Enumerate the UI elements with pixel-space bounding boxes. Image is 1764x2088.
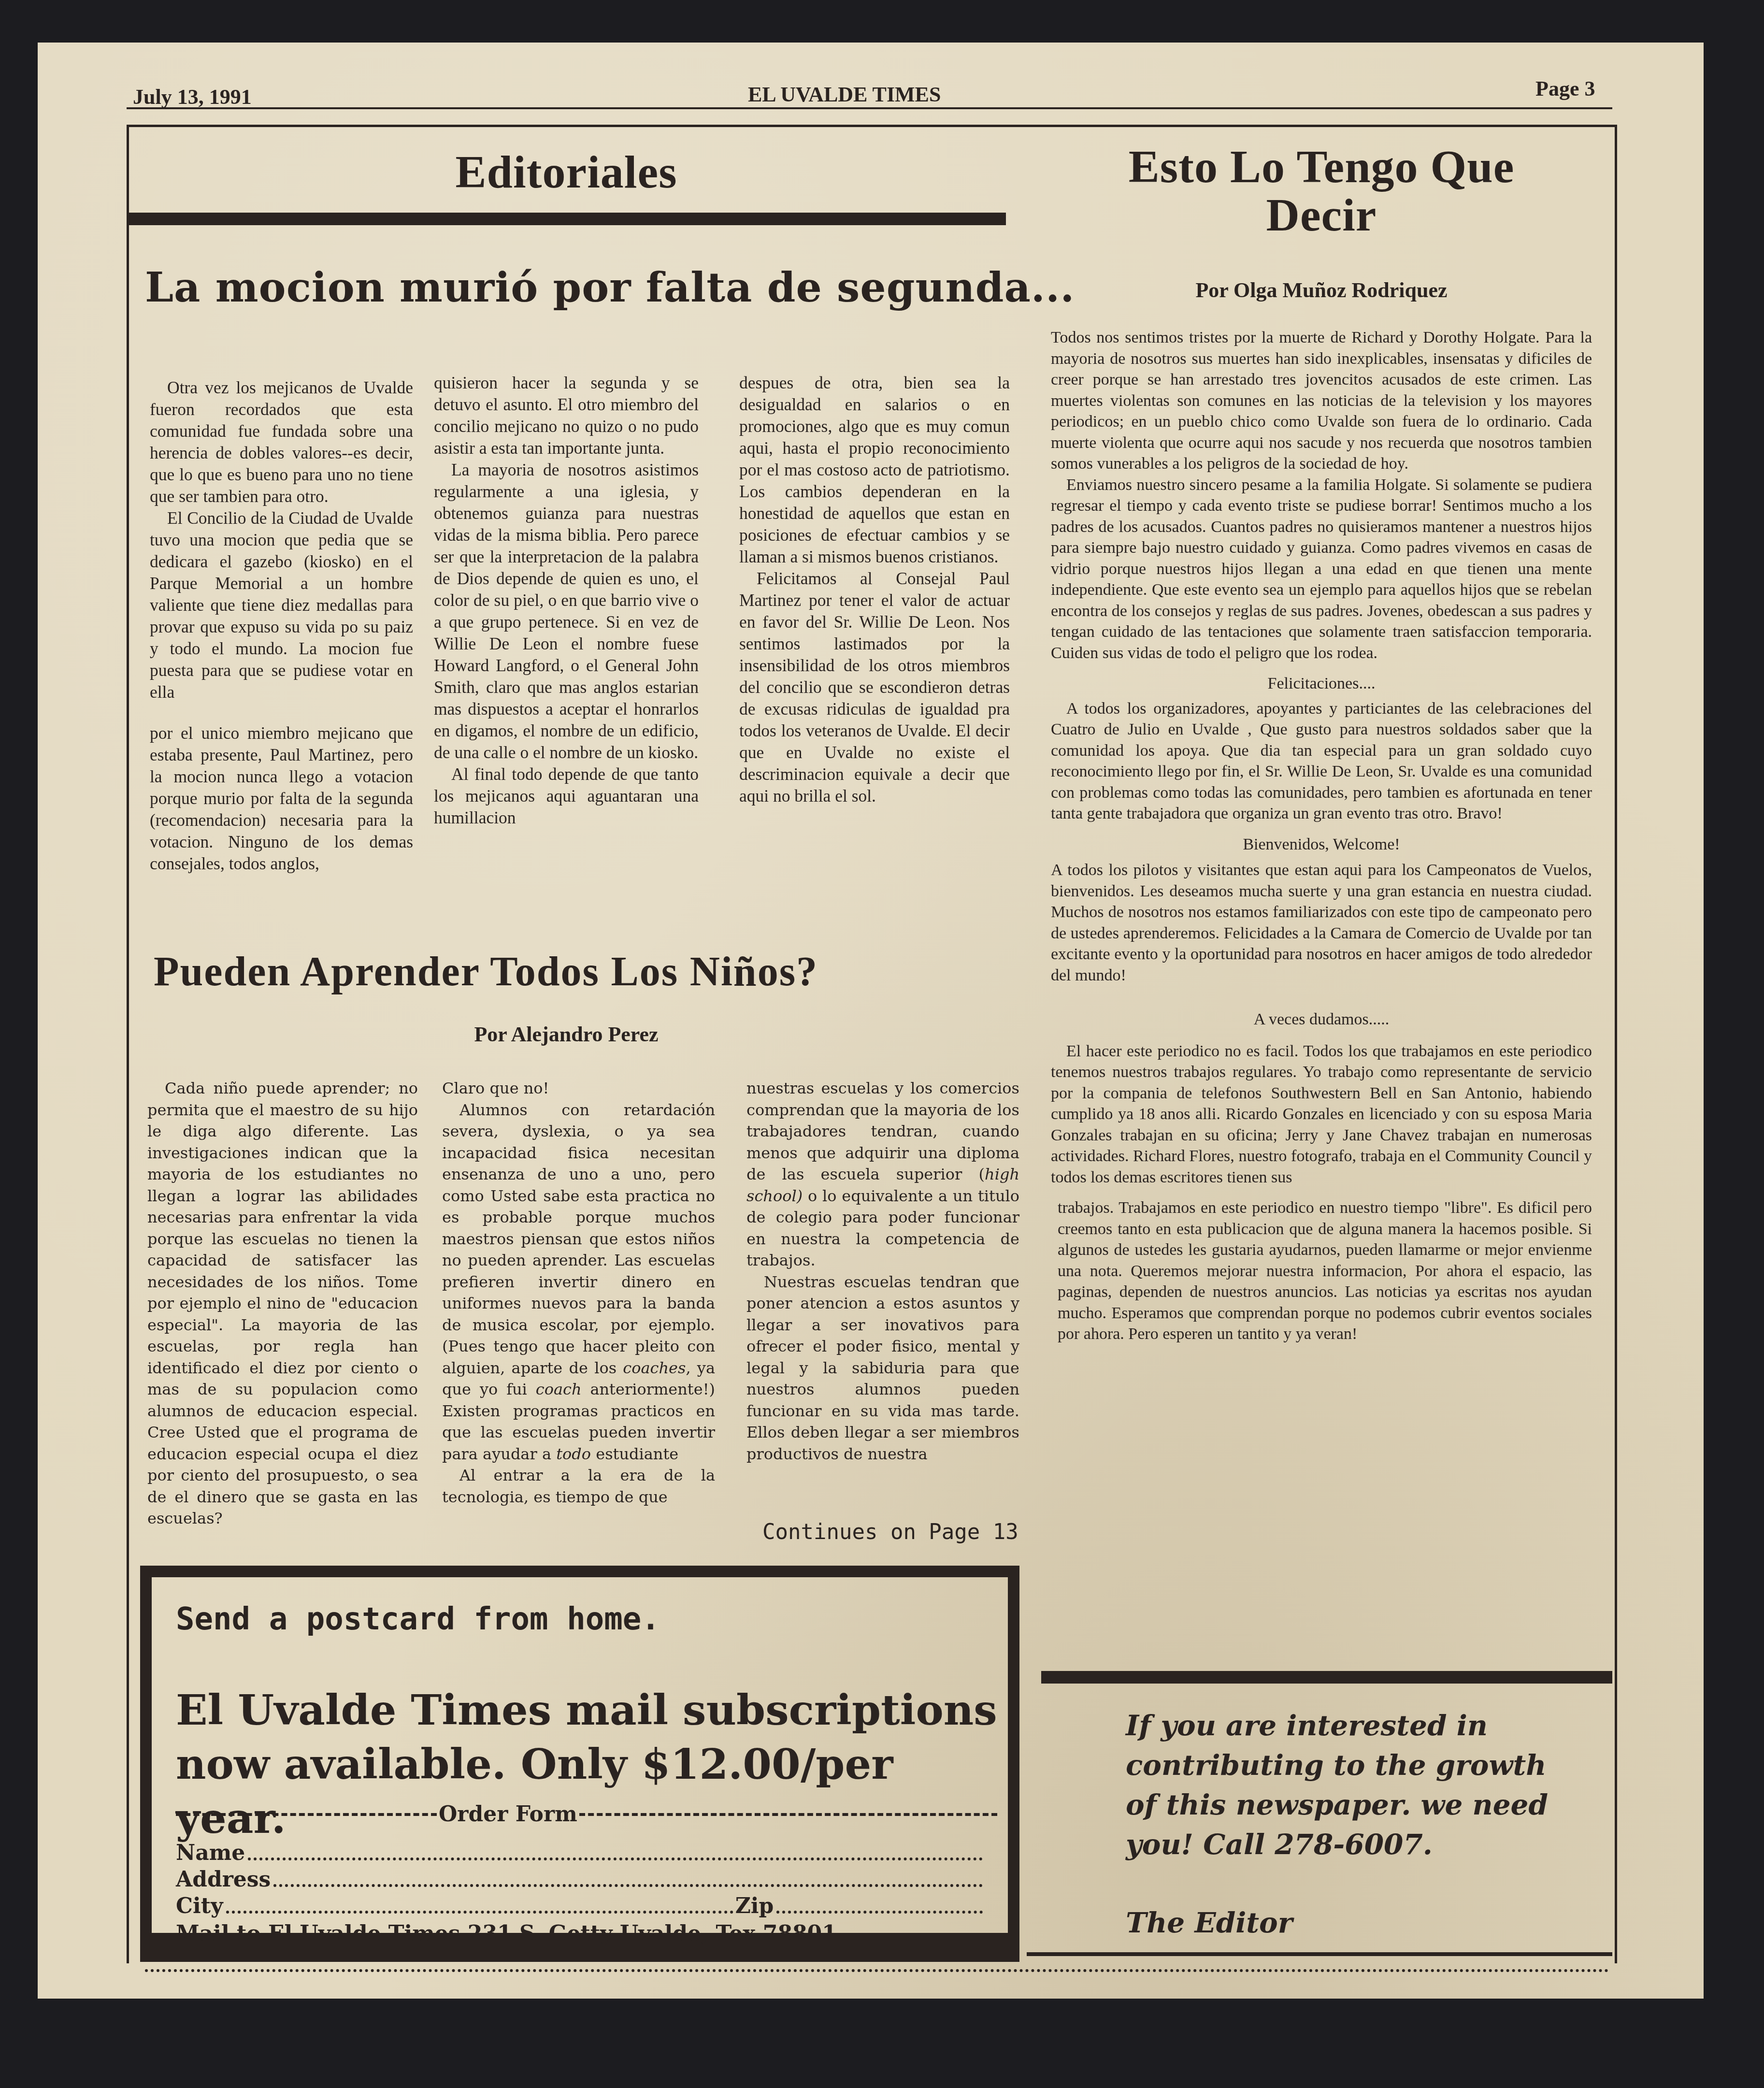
esto-title: Esto Lo Tengo Que Decir bbox=[1034, 143, 1609, 239]
continues-link[interactable]: Continues on Page 13 bbox=[762, 1520, 1018, 1544]
esto-subhead-felicitaciones: Felicitaciones.... bbox=[1051, 673, 1592, 694]
city-field-label: City bbox=[176, 1894, 223, 1918]
city-field[interactable] bbox=[226, 1911, 733, 1914]
order-form-label: Order Form bbox=[437, 1802, 579, 1827]
ninos-paragraph: Nuestras escuelas tendran que poner aten… bbox=[746, 1271, 1019, 1465]
bottom-dotted-rule bbox=[145, 1969, 1609, 1972]
subscription-ad: Send a postcard from home. El Uvalde Tim… bbox=[140, 1566, 1019, 1962]
editorial-paragraph: quisieron hacer la segunda y se detuvo e… bbox=[434, 372, 699, 459]
esto-subhead-dudamos: A veces dudamos..... bbox=[1051, 1009, 1592, 1030]
ninos-paragraph: Al entrar a la era de la tecnologia, es … bbox=[442, 1465, 715, 1508]
esto-paragraph: Enviamos nuestro sincero pesame a la fam… bbox=[1051, 475, 1592, 664]
ninos-paragraph: Alumnos con retardación severa, dyslexia… bbox=[442, 1099, 715, 1465]
ninos-column-2: Claro que no! Alumnos con retardación se… bbox=[442, 1078, 715, 1508]
esto-column: Todos nos sentimos tristes por la muerte… bbox=[1051, 327, 1592, 1345]
ninos-paragraph: Claro que no! bbox=[442, 1078, 715, 1099]
contributor-divider bbox=[1041, 1671, 1612, 1684]
zip-field-label: Zip bbox=[735, 1894, 774, 1918]
contributor-note: If you are interested in contributing to… bbox=[1126, 1706, 1548, 1943]
editorial-column-2: quisieron hacer la segunda y se detuvo e… bbox=[434, 372, 699, 829]
ninos-column-3: nuestras escuelas y los comercios compre… bbox=[746, 1078, 1019, 1465]
esto-paragraph: trabajos. Trabajamos en este periodico e… bbox=[1058, 1197, 1592, 1345]
ad-tagline: Send a postcard from home. bbox=[176, 1601, 660, 1637]
editorial-paragraph: Al final todo depende de que tanto los m… bbox=[434, 763, 699, 829]
zip-field[interactable] bbox=[776, 1911, 983, 1914]
section-title-editoriales: Editoriales bbox=[127, 145, 1006, 199]
ninos-paragraph: nuestras escuelas y los comercios compre… bbox=[746, 1078, 1019, 1271]
esto-paragraph: A todos los organizadores, apoyantes y p… bbox=[1051, 698, 1592, 824]
ninos-byline: Por Alejandro Perez bbox=[127, 1022, 1006, 1047]
esto-title-line2: Decir bbox=[1034, 191, 1609, 239]
editorial-paragraph: por el unico miembro mejicano que estaba… bbox=[150, 722, 413, 875]
editorial-column-1: Otra vez los mejicanos de Uvalde fueron … bbox=[150, 377, 413, 875]
ninos-headline: Pueden Aprender Todos Los Niños? bbox=[154, 947, 1023, 995]
editorial-column-3: despues de otra, bien sea la desigualdad… bbox=[739, 372, 1010, 807]
ninos-column-1: Cada niño puede aprender; no permita que… bbox=[147, 1078, 418, 1529]
editorial-paragraph: Otra vez los mejicanos de Uvalde fueron … bbox=[150, 377, 413, 507]
editorial-paragraph: despues de otra, bien sea la desigualdad… bbox=[739, 372, 1010, 568]
city-zip-fields: City Zip bbox=[176, 1894, 983, 1918]
contributor-bottom-rule bbox=[1027, 1952, 1612, 1956]
esto-paragraph: A todos los pilotos y visitantes que est… bbox=[1051, 860, 1592, 986]
order-form-divider: Order Form bbox=[176, 1802, 997, 1827]
editorial-paragraph: La mayoria de nosotros asistimos regular… bbox=[434, 459, 699, 763]
column-gutter bbox=[1029, 125, 1031, 1816]
esto-paragraph: El hacer este periodico no es facil. Tod… bbox=[1051, 1041, 1592, 1188]
editor-signature: The Editor bbox=[1126, 1903, 1548, 1943]
newspaper-name: EL UVALDE TIMES bbox=[748, 82, 941, 107]
section-divider bbox=[129, 213, 1006, 225]
esto-paragraph: Todos nos sentimos tristes por la muerte… bbox=[1051, 327, 1592, 475]
address-field[interactable]: Address bbox=[176, 1867, 983, 1892]
esto-subhead-bienvenidos: Bienvenidos, Welcome! bbox=[1051, 834, 1592, 855]
mailing-address: Mail to El Uvalde Times 231 S. Getty Uva… bbox=[176, 1921, 837, 1946]
editorial-paragraph: Felicitamos al Consejal Paul Martinez po… bbox=[739, 568, 1010, 807]
page-number: Page 3 bbox=[1535, 76, 1595, 101]
esto-byline: Por Olga Muñoz Rodriquez bbox=[1034, 278, 1609, 302]
masthead-rule bbox=[127, 107, 1612, 109]
esto-title-line1: Esto Lo Tengo Que bbox=[1034, 143, 1609, 191]
editorial-headline: La mocion murió por falta de segunda... bbox=[145, 263, 1075, 311]
ninos-paragraph: Cada niño puede aprender; no permita que… bbox=[147, 1078, 418, 1529]
issue-date: July 13, 1991 bbox=[133, 85, 252, 109]
name-field[interactable]: Name bbox=[176, 1841, 983, 1865]
editorial-paragraph: El Concilio de la Ciudad de Uvalde tuvo … bbox=[150, 507, 413, 703]
